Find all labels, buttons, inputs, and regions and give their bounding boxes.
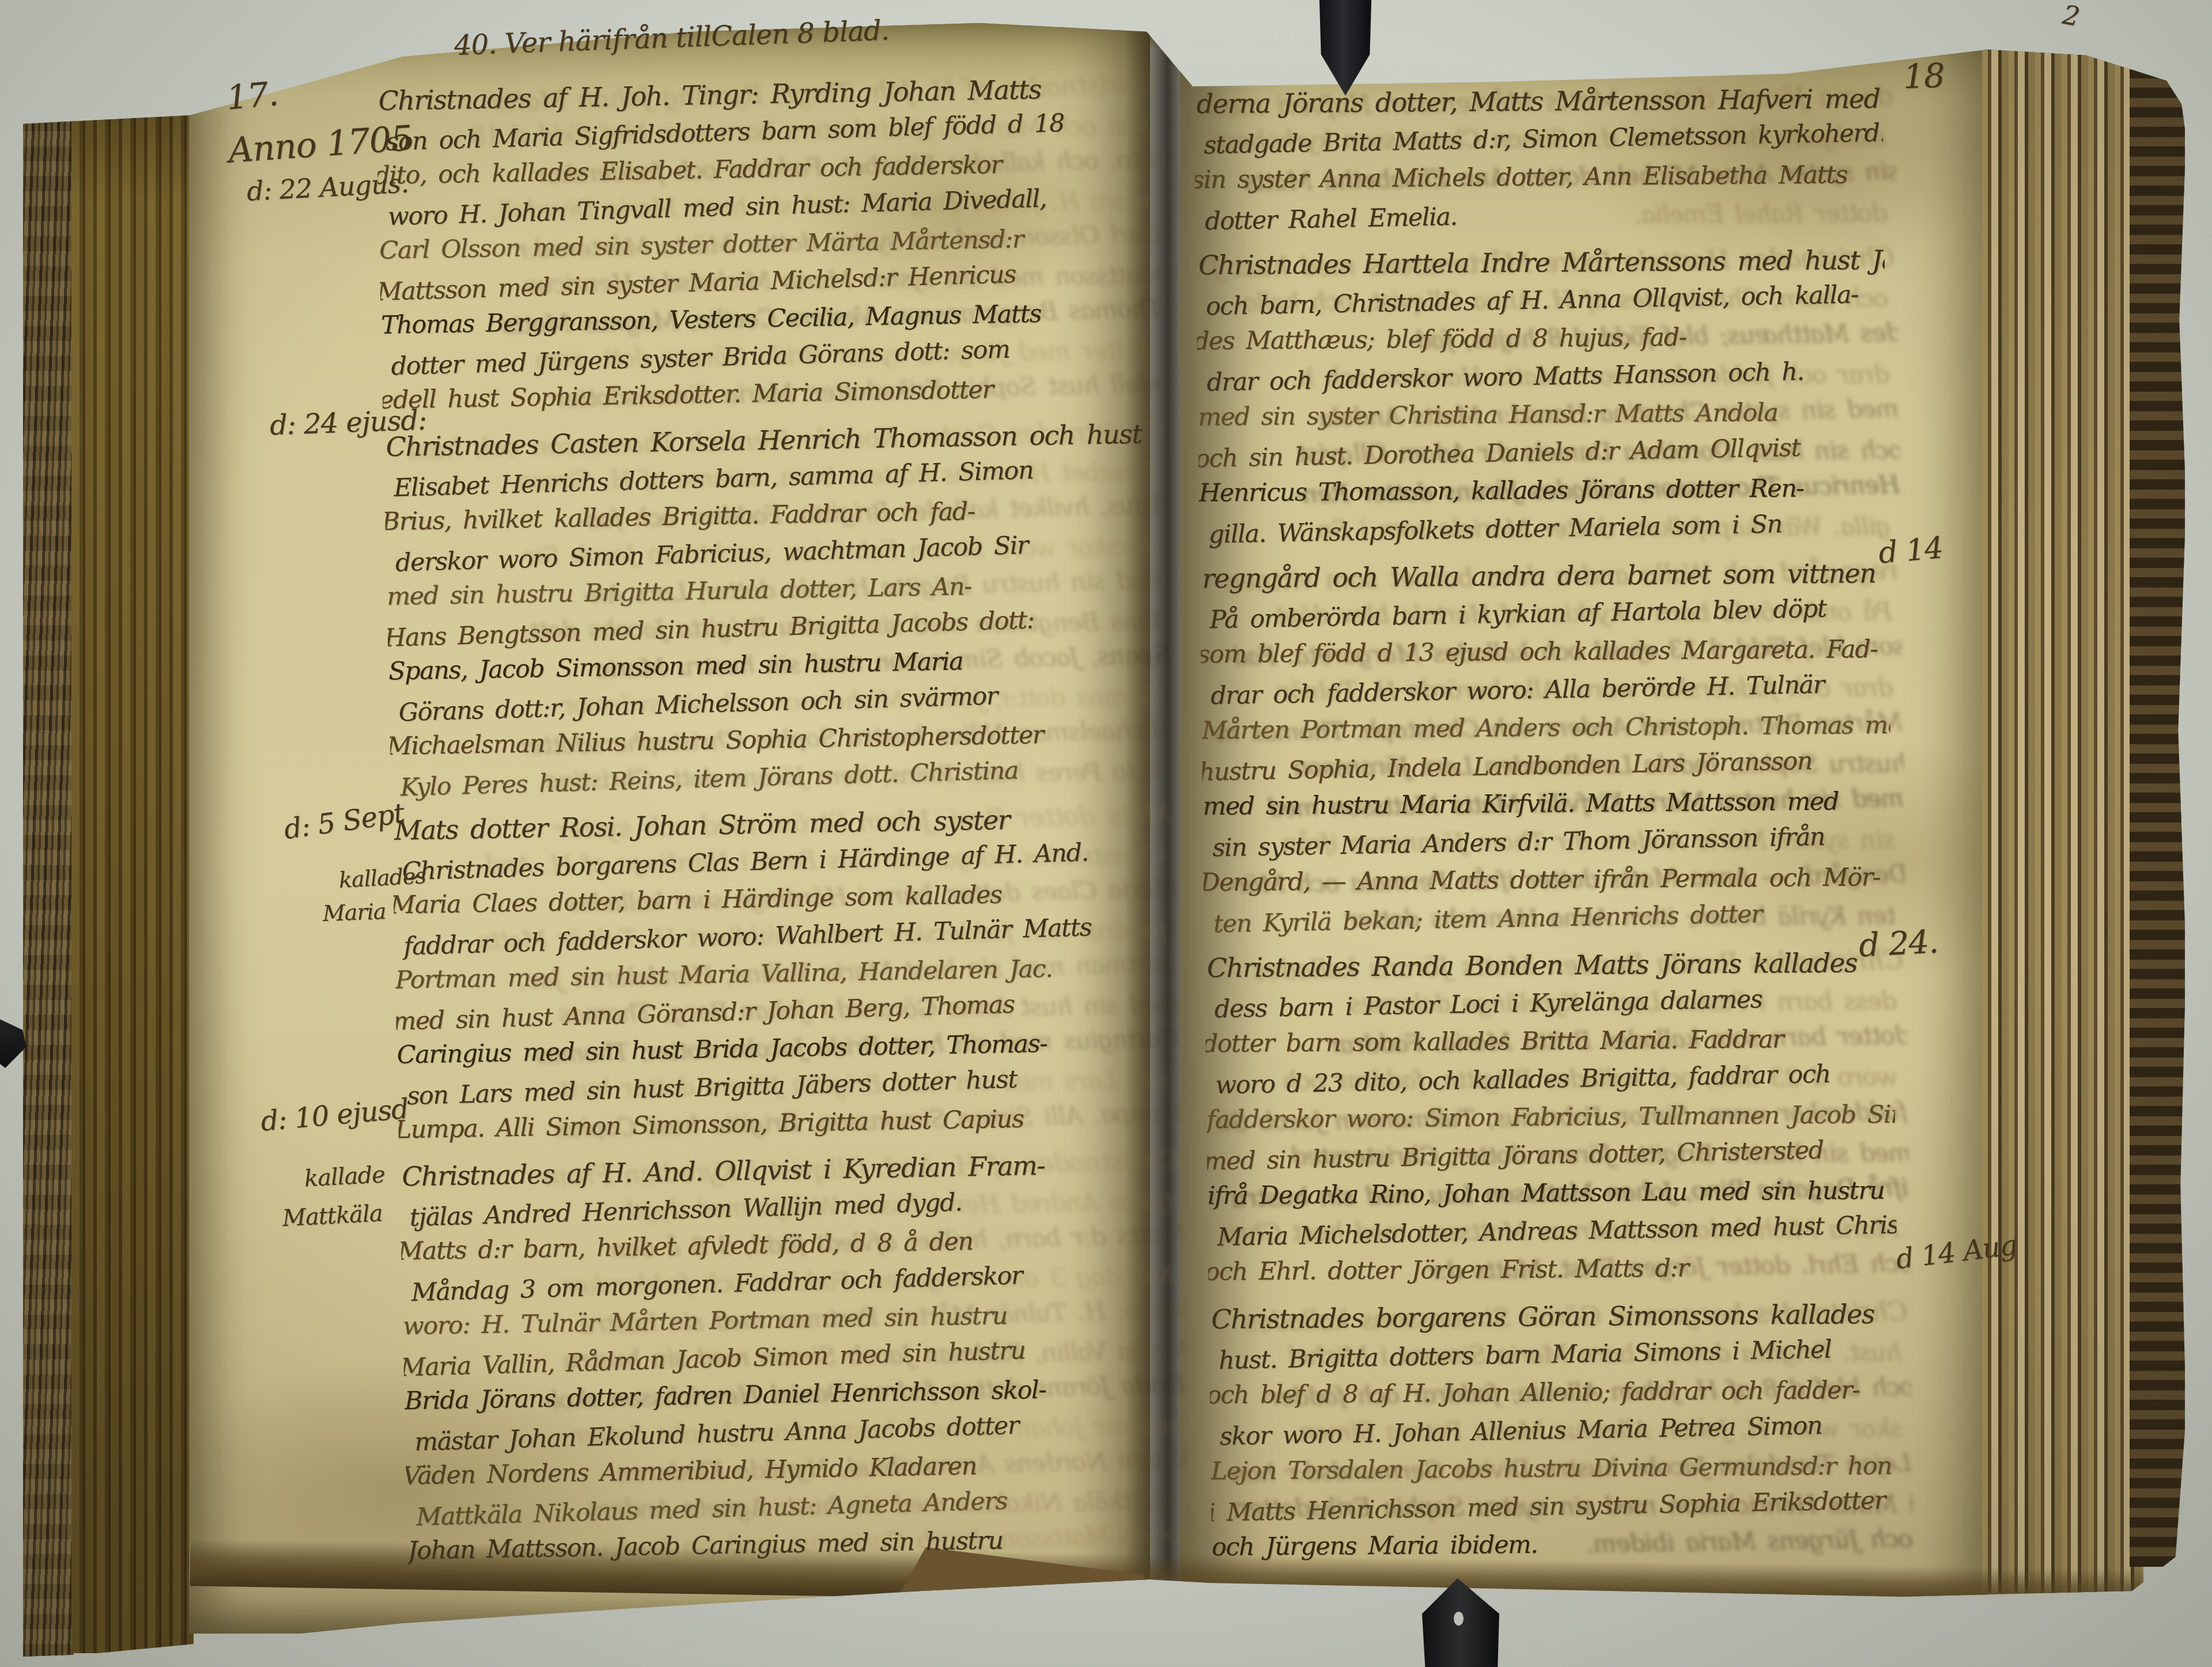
right-page-text-area: derna Jörans dotter, Matts Mårtensson Ha… bbox=[1194, 78, 1901, 1583]
holding-clip-bottom bbox=[1422, 1578, 1499, 1667]
register-entry: Christnades borgarens Göran Simonssons k… bbox=[1209, 1293, 1901, 1568]
page-edges-right bbox=[1982, 32, 2143, 1593]
manuscript-line: och Ehrl. dotter Jörgen Frist. Matts d:r bbox=[1205, 1248, 1897, 1291]
photograph-of-parish-register: Christnades af H. Joh. Tingr: Ryrding Jo… bbox=[0, 0, 2212, 1667]
marbled-cover-right bbox=[2130, 46, 2186, 1567]
left-page-text: Christnades af H. Joh. Tingr: Ryrding Jo… bbox=[376, 67, 1178, 1593]
holding-clip-left bbox=[0, 1017, 27, 1068]
register-entry: Mats dotter Rosi. Johan Ström med och sy… bbox=[392, 797, 1168, 1151]
register-entry: Christnades af H. Joh. Tingr: Ryrding Jo… bbox=[376, 67, 1152, 421]
open-book: Christnades af H. Joh. Tingr: Ryrding Jo… bbox=[0, 0, 2212, 1667]
page-edges-left bbox=[71, 86, 194, 1653]
holding-clip-top bbox=[1318, 0, 1372, 96]
edge-notation: 2 bbox=[2060, 0, 2082, 32]
register-entry: Christnades Harttela Indre Mårtenssons m… bbox=[1196, 239, 1888, 552]
register-entry: regngård och Walla andra dera barnet som… bbox=[1200, 552, 1893, 941]
marbled-cover-left bbox=[21, 81, 74, 1659]
register-entry: Christnades Randa Bonden Matts Jörans ka… bbox=[1204, 942, 1897, 1293]
right-page-text: derna Jörans dotter, Matts Mårtensson Ha… bbox=[1194, 78, 1901, 1583]
manuscript-line: och Jürgens Maria ibidem. bbox=[1212, 1523, 1900, 1566]
register-entry: Christnades af H. And. Ollqvist i Kyredi… bbox=[399, 1143, 1177, 1571]
register-entry: derna Jörans dotter, Matts Mårtensson Ha… bbox=[1194, 78, 1884, 238]
register-entry: Christnades Casten Korsela Henrich Thoma… bbox=[383, 414, 1160, 805]
left-page-text-area: Christnades af H. Joh. Tingr: Ryrding Jo… bbox=[376, 67, 1178, 1593]
